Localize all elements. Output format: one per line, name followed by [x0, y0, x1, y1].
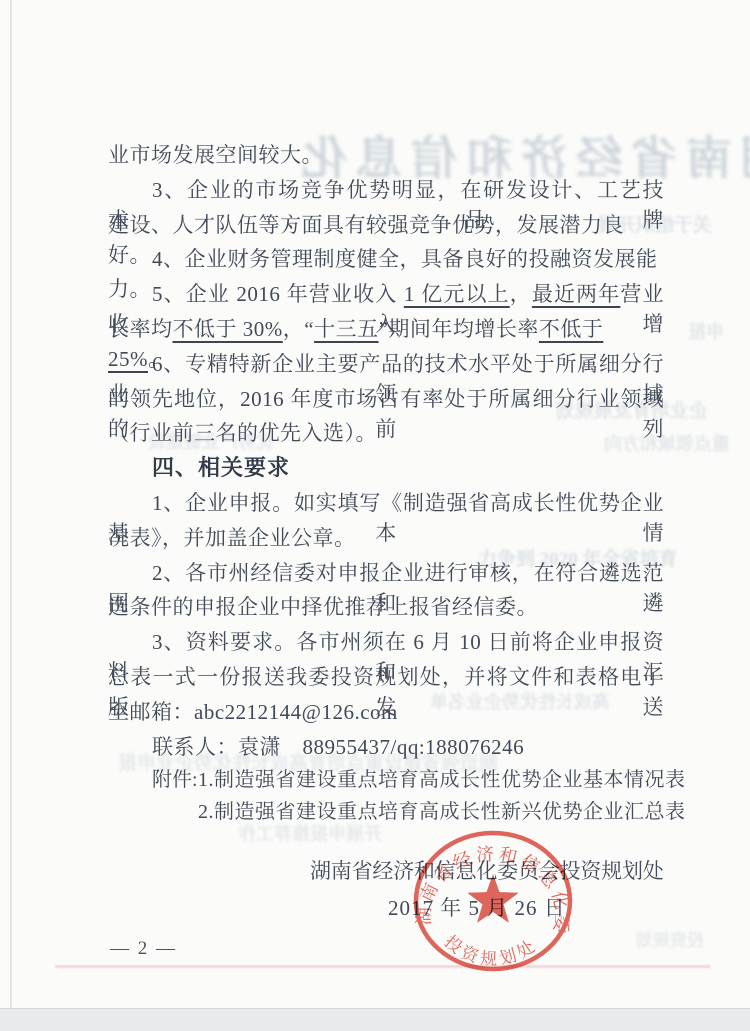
bleedthrough-red-rule [55, 965, 710, 968]
seal-arc-text: 湖南省经济和信息化委员会 [406, 828, 573, 938]
attachment-block: 附件: 1.制造强省建设重点培育高成长性优势企业基本情况表2.制造强省建设重点培… [152, 764, 686, 828]
text-segment: （行业前三名的优先入选）。 [108, 421, 377, 445]
attachment-label: 附件: [152, 764, 198, 828]
document-body: 业市场发展空间较大。3、企业的市场竞争优势明显，在研发设计、工艺技术、品牌建设、… [108, 140, 664, 766]
text-segment: 况表》，并加盖企业公章。 [108, 526, 356, 550]
text-line: 3、资料要求。各市州须在 6 月 10 日前将企业申报资料和汇 [108, 627, 664, 662]
text-line: 总表一式一份报送我委投资规划处，并将文件和表格电子版发送 [108, 662, 664, 697]
attachment-item: 2.制造强省建设重点培育高成长性新兴优势企业汇总表 [198, 796, 686, 828]
text-line: 业市场发展空间较大。 [108, 140, 664, 175]
text-segment: 选条件的申报企业中择优推荐上报省经信委。 [108, 595, 538, 619]
text-segment: ， [510, 282, 532, 306]
svg-text:湖南省经济和信息化委员会: 湖南省经济和信息化委员会 [406, 828, 573, 938]
text-line: 联系人：袁潇 88955437/qq:188076246 [108, 732, 664, 767]
text-line: 建设、人才队伍等方面具有较强竞争优势，发展潜力良好。 [108, 210, 664, 245]
text-line: 2、各市州经信委对申报企业进行审核，在符合遴选范围和遴 [108, 558, 664, 593]
scan-edge-line [10, 0, 12, 1010]
underlined-text: 十三五 [314, 317, 379, 341]
text-segment: ”期间年均增长率 [379, 317, 539, 341]
text-segment: ，“ [283, 317, 314, 341]
text-segment: 业市场发展空间较大。 [108, 143, 323, 167]
attachment-item: 1.制造强省建设重点培育高成长性优势企业基本情况表 [198, 764, 686, 796]
bleedthrough-text: 申报 [688, 318, 724, 344]
page-number: — 2 — [110, 938, 177, 960]
text-segment: 联系人：袁潇 88955437/qq:188076246 [152, 735, 524, 759]
text-segment: 四、相关要求 [152, 455, 290, 480]
text-segment: 5、企业 2016 年营业收入 [152, 282, 404, 306]
text-segment: 长率均 [108, 317, 173, 341]
scan-bottom-shadow [0, 1008, 750, 1031]
text-line: 5、企业 2016 年营业收入 1 亿元以上，最近两年营业收入增 [108, 279, 664, 314]
seal-star-icon [467, 874, 518, 923]
text-line: 长率均不低于 30%，“十三五”期间年均增长率不低于 25%。 [108, 314, 664, 349]
text-line: 3、企业的市场竞争优势明显，在研发设计、工艺技术、品牌 [108, 175, 664, 210]
text-line: 1、企业申报。如实填写《制造强省高成长性优势企业基本情 [108, 488, 664, 523]
section-heading: 四、相关要求 [108, 453, 664, 488]
text-line: 4、企业财务管理制度健全，具备良好的投融资发展能力。 [108, 244, 664, 279]
scanned-document-page: 湖南省经济和信息化 关于组织开展申报企业培育发展规划重点领域和方向优势产业链建设… [0, 0, 750, 1031]
attachment-items: 1.制造强省建设重点培育高成长性优势企业基本情况表2.制造强省建设重点培育高成长… [198, 764, 686, 828]
bleedthrough-text: 投资规划 [636, 926, 704, 951]
underlined-text: 最近两年 [532, 282, 621, 306]
underlined-text: 不低于 30% [173, 317, 283, 341]
official-seal: 湖南省经济和信息化委员会 投资规划处 [406, 828, 580, 978]
text-segment: 至邮箱：abc2212144@126.com [108, 700, 398, 724]
text-line: 6、专精特新企业主要产品的技术水平处于所属细分行业领域 [108, 349, 664, 384]
text-line: 的领先地位，2016 年度市场占有率处于所属细分行业领域的前列 [108, 384, 664, 419]
underlined-text: 1 亿元以上 [404, 282, 510, 306]
